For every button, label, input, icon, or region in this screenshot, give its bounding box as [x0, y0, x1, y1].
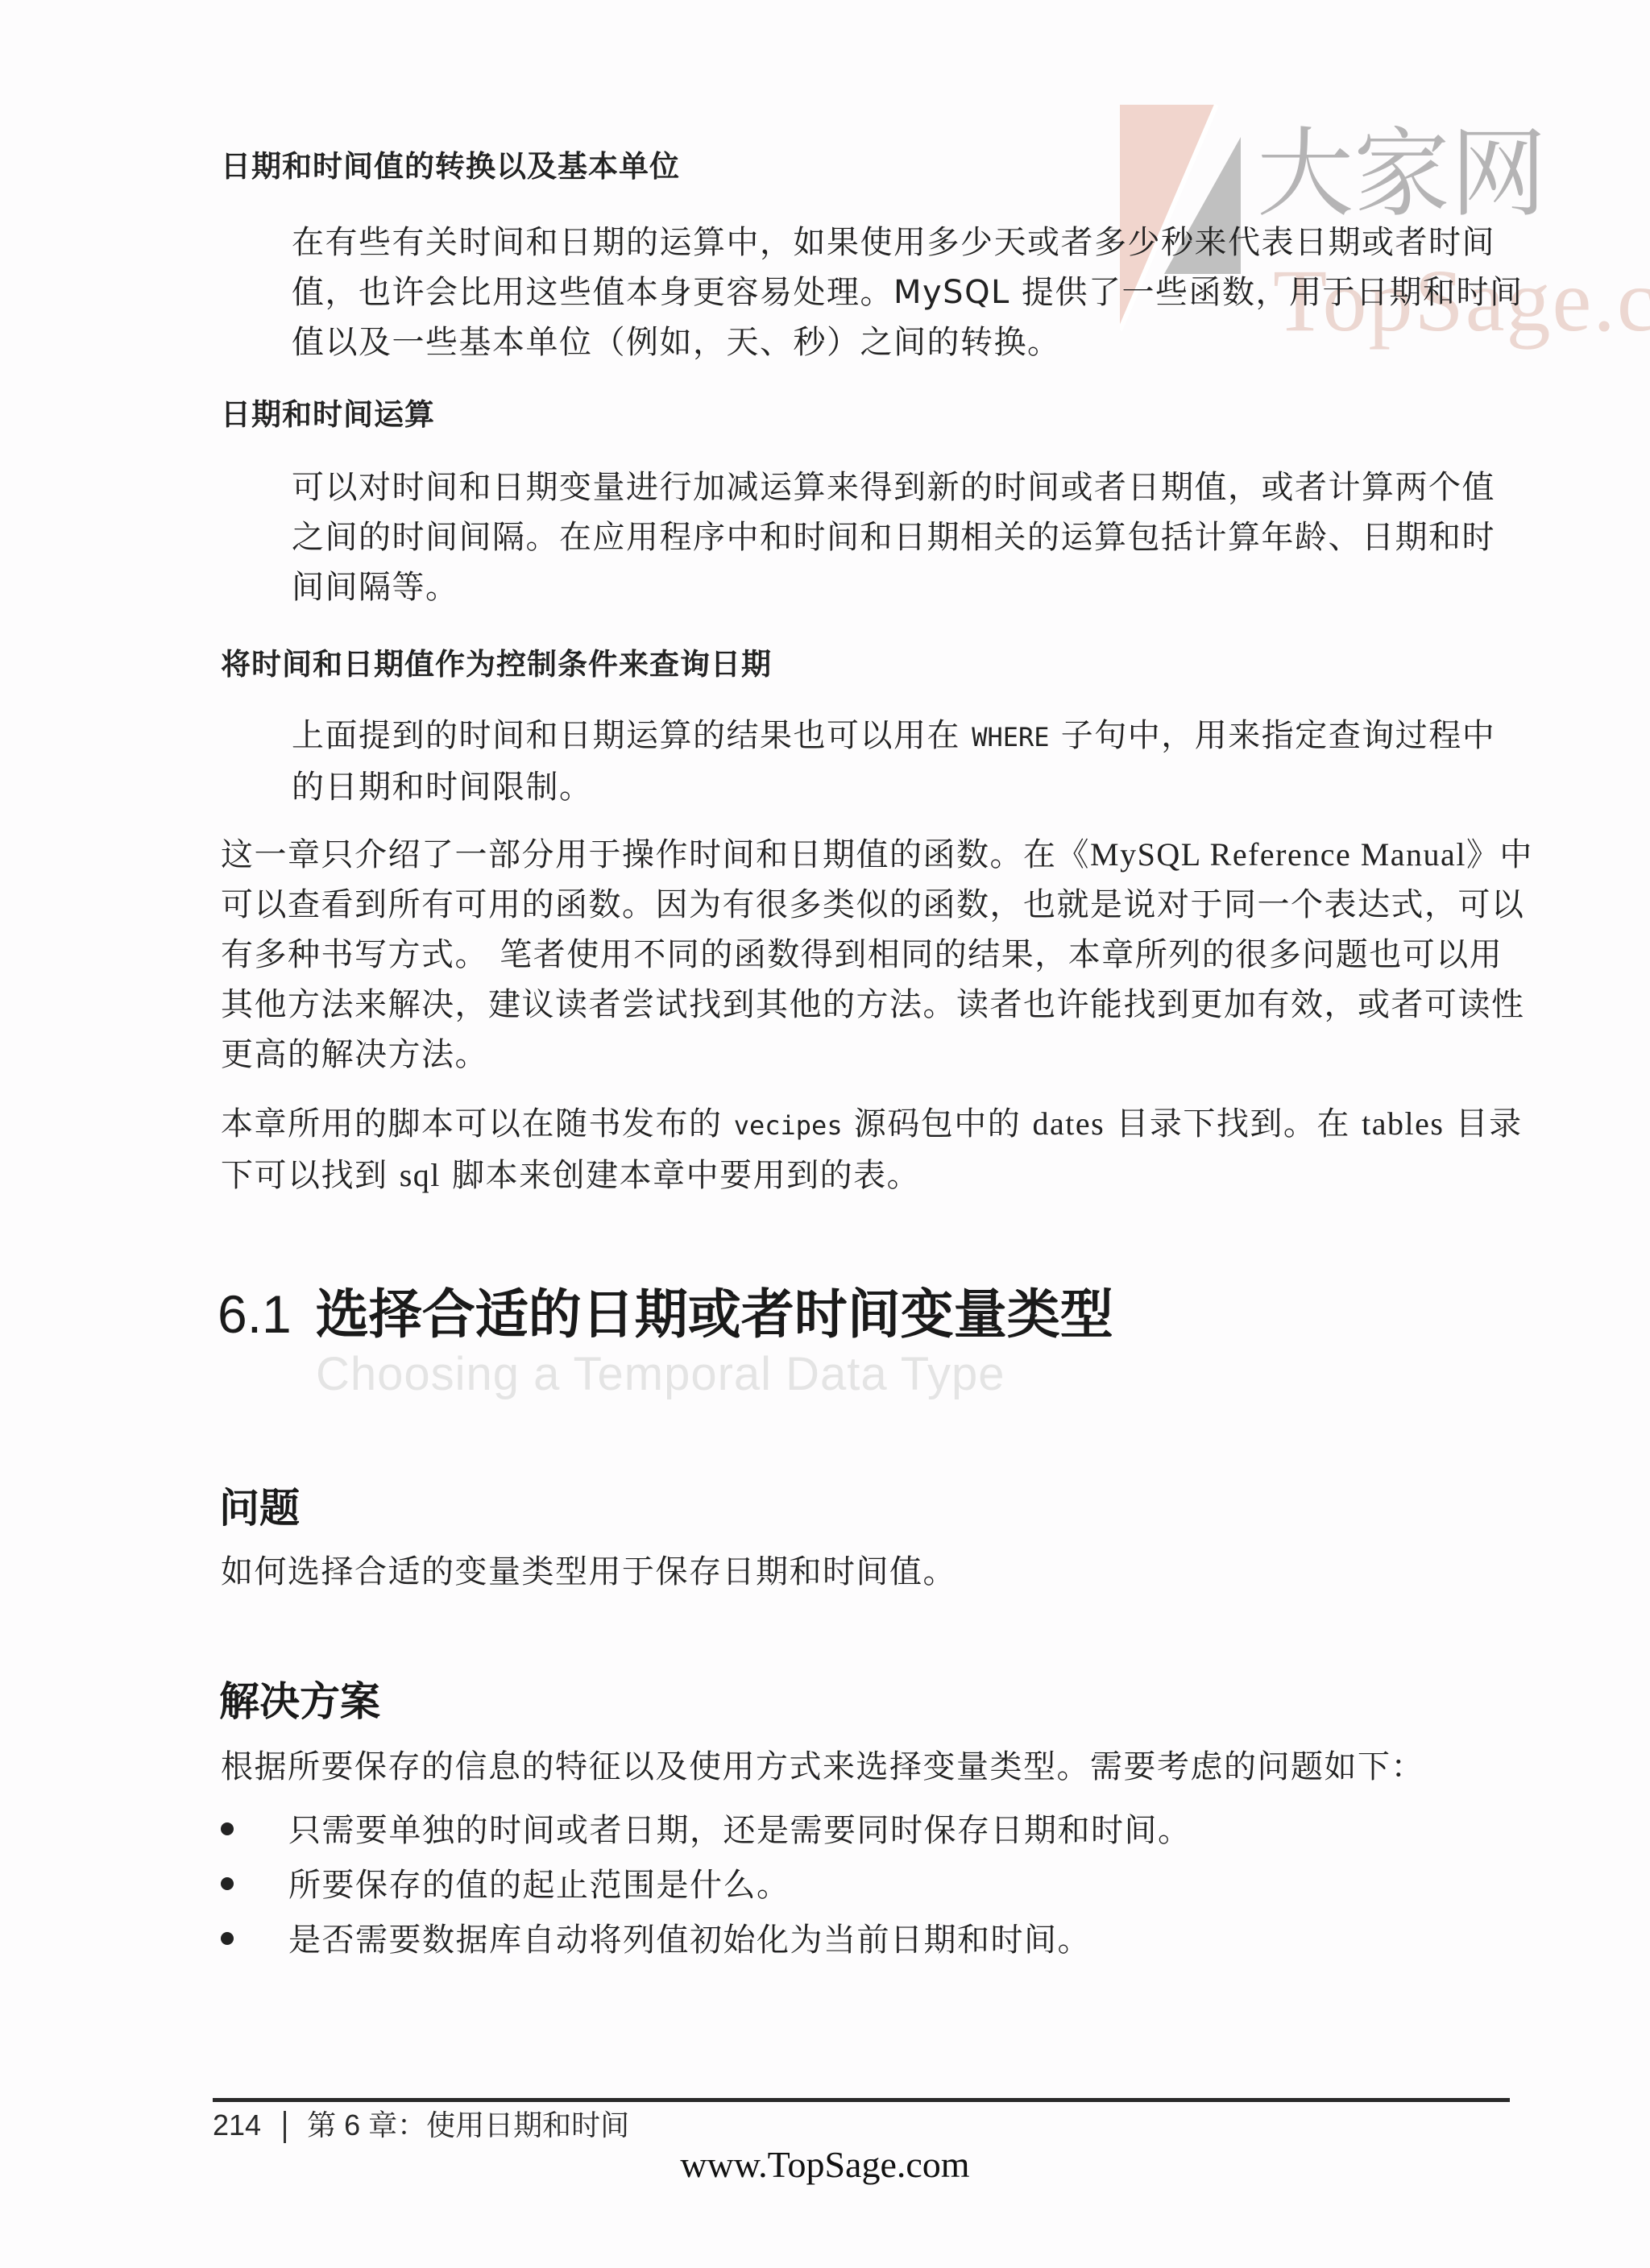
paragraph-arithmetic: 可以对时间和日期变量进行加减运算来得到新的时间或者日期值，或者计算两个值 之间的… — [292, 462, 1484, 612]
bullet-icon — [221, 1822, 234, 1835]
text-span: 这一章只介绍了一部分用于操作时间和日期值的函数。在《 — [221, 836, 1090, 873]
text-line: 可以查看到所有可用的函数。因为有很多类似的函数，也就是说对于同一个表达式，可以 — [221, 880, 1484, 930]
text-span: 上面提到的时间和日期运算的结果也可以用在 — [292, 717, 972, 754]
site-url: www.TopSage.com — [0, 2143, 1650, 2186]
problem-heading: 问题 — [219, 1476, 300, 1534]
paragraph-conversion: 在有些有关时间和日期的运算中，如果使用多少天或者多少秒来代表日期或者时间 值，也… — [292, 218, 1484, 367]
section-title-en: Choosing a Temporal Data Type — [316, 1347, 1005, 1401]
code-vecipes: vecipes — [734, 1110, 843, 1141]
list-item-text: 是否需要数据库自动将列值初始化为当前日期和时间。 — [288, 1922, 1091, 1959]
paragraph-where-clause: 上面提到的时间和日期运算的结果也可以用在 WHERE 子句中，用来指定查询过程中… — [292, 711, 1484, 812]
text-line: 值以及一些基本单位（例如，天、秒）之间的转换。 — [292, 317, 1484, 367]
text-span: 下可以找到 — [221, 1157, 400, 1194]
subheading-arithmetic: 日期和时间运算 — [221, 390, 435, 433]
text-line: 在有些有关时间和日期的运算中，如果使用多少天或者多少秒来代表日期或者时间 — [292, 218, 1484, 267]
watermark-cn-text: 大家网 — [1257, 97, 1547, 235]
footer-rule — [213, 2098, 1510, 2102]
bullet-icon — [221, 1877, 234, 1890]
text-line: 值，也许会比用这些值本身更容易处理。MySQL 提供了一些函数，用于日期和时间 — [292, 267, 1484, 317]
chapter-title: 第 6 章：使用日期和时间 — [307, 2108, 629, 2142]
text-line: 间间隔等。 — [292, 562, 1484, 612]
list-item: 所要保存的值的起止范围是什么。 — [221, 1860, 790, 1905]
text-line: 可以对时间和日期变量进行加减运算来得到新的时间或者日期值，或者计算两个值 — [292, 462, 1484, 512]
page-number: 214 — [213, 2108, 261, 2142]
text-span: 子句中，用来指定查询过程中 — [1050, 717, 1496, 754]
text-line: 有多种书写方式。 笔者使用不同的函数得到相同的结果，本章所列的很多问题也可以用 — [221, 930, 1484, 980]
paragraph-scripts: 本章所用的脚本可以在随书发布的 vecipes 源码包中的 dates 目录下找… — [221, 1099, 1484, 1200]
list-item-text: 所要保存的值的起止范围是什么。 — [288, 1867, 790, 1904]
list-item: 只需要单独的时间或者日期，还是需要同时保存日期和时间。 — [221, 1805, 1192, 1851]
text-span: 目录下找到。在 — [1105, 1105, 1362, 1142]
problem-text: 如何选择合适的变量类型用于保存日期和时间值。 — [221, 1547, 1484, 1597]
dir-tables: tables — [1362, 1105, 1444, 1142]
text-line: 更高的解决方法。 — [221, 1030, 1484, 1080]
bullet-icon — [221, 1932, 234, 1945]
text-line: 上面提到的时间和日期运算的结果也可以用在 WHERE 子句中，用来指定查询过程中 — [292, 711, 1484, 762]
dir-dates: dates — [1033, 1105, 1105, 1142]
text-line: 这一章只介绍了一部分用于操作时间和日期值的函数。在《MySQL Referenc… — [221, 830, 1484, 880]
list-item-text: 只需要单独的时间或者日期，还是需要同时保存日期和时间。 — [288, 1812, 1192, 1849]
text-line: 之间的时间间隔。在应用程序中和时间和日期相关的运算包括计算年龄、日期和时 — [292, 512, 1484, 562]
text-line: 的日期和时间限制。 — [292, 762, 1484, 812]
text-line: 其他方法来解决，建议读者尝试找到其他的方法。读者也许能找到更加有效，或者可读性 — [221, 980, 1484, 1030]
list-item: 是否需要数据库自动将列值初始化为当前日期和时间。 — [221, 1914, 1091, 1960]
page-footer: 214第 6 章：使用日期和时间 — [213, 2103, 629, 2144]
footer-separator — [284, 2111, 286, 2143]
text-line: 本章所用的脚本可以在随书发布的 vecipes 源码包中的 dates 目录下找… — [221, 1099, 1484, 1151]
text-span: 》中 — [1466, 836, 1533, 873]
solution-heading: 解决方案 — [219, 1669, 380, 1727]
subheading-where-clause: 将时间和日期值作为控制条件来查询日期 — [221, 640, 772, 683]
solution-intro: 根据所要保存的信息的特征以及使用方式来选择变量类型。需要考虑的问题如下： — [221, 1742, 1484, 1792]
subheading-conversion: 日期和时间值的转换以及基本单位 — [221, 142, 680, 185]
sql-term: sql — [400, 1157, 441, 1193]
text-line: 下可以找到 sql 脚本来创建本章中要用到的表。 — [221, 1151, 1484, 1200]
book-title: MySQL Reference Manual — [1090, 836, 1466, 873]
text-span: 源码包中的 — [843, 1105, 1033, 1142]
text-span: 目录 — [1444, 1105, 1522, 1142]
section-title-text: 选择合适的日期或者时间变量类型 — [316, 1283, 1113, 1345]
text-span: 本章所用的脚本可以在随书发布的 — [221, 1105, 734, 1142]
section-number: 6.1 — [218, 1284, 292, 1344]
code-where: WHERE — [972, 722, 1049, 753]
paragraph-functions: 这一章只介绍了一部分用于操作时间和日期值的函数。在《MySQL Referenc… — [221, 830, 1484, 1080]
section-title: 6.1选择合适的日期或者时间变量类型 — [218, 1271, 1113, 1348]
text-span: 脚本来创建本章中要用到的表。 — [441, 1157, 920, 1194]
